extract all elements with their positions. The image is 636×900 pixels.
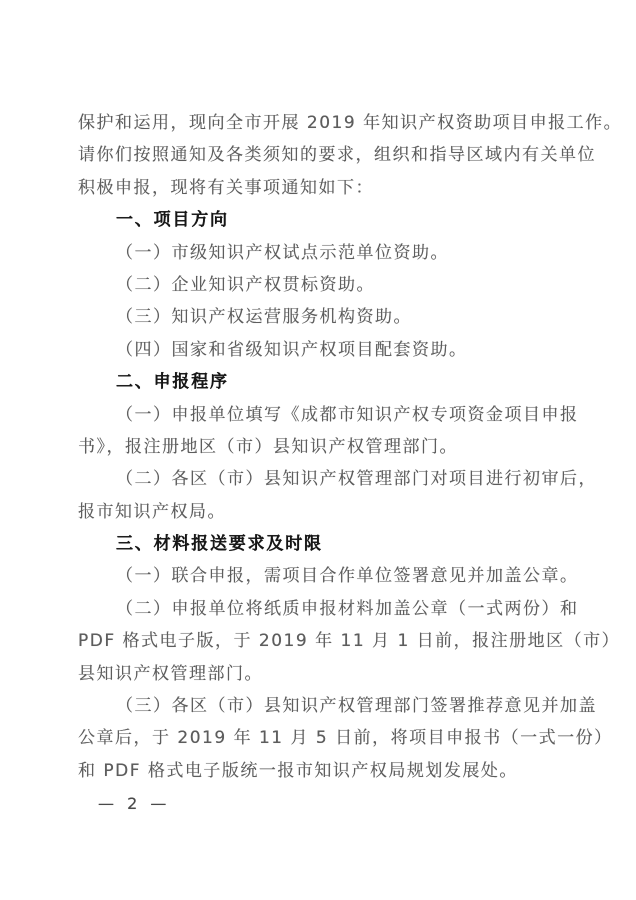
text-line: （三）知识产权运营服务机构资助。 xyxy=(78,301,564,333)
section-heading: 二、申报程序 xyxy=(78,366,564,398)
document-page: 保护和运用，现向全市开展 2019 年知识产权资助项目申报工作。请你们按照通知及… xyxy=(0,0,636,900)
text-line: （二）申报单位将纸质申报材料加盖公章（一式两份）和 xyxy=(78,593,564,625)
text-line: 县知识产权管理部门。 xyxy=(78,658,564,690)
document-body: 保护和运用，现向全市开展 2019 年知识产权资助项目申报工作。请你们按照通知及… xyxy=(78,107,564,787)
text-line: 公章后，于 2019 年 11 月 5 日前，将项目申报书（一式一份） xyxy=(78,722,564,754)
text-line: 保护和运用，现向全市开展 2019 年知识产权资助项目申报工作。 xyxy=(78,107,564,139)
text-line: （二）企业知识产权贯标资助。 xyxy=(78,269,564,301)
text-line: （一）联合申报，需项目合作单位签署意见并加盖公章。 xyxy=(78,560,564,592)
text-line: 书》，报注册地区（市）县知识产权管理部门。 xyxy=(78,431,564,463)
text-line: （一）市级知识产权试点示范单位资助。 xyxy=(78,237,564,269)
text-line: PDF 格式电子版，于 2019 年 11 月 1 日前，报注册地区（市） xyxy=(78,625,564,657)
text-line: 积极申报，现将有关事项通知如下： xyxy=(78,172,564,204)
section-heading: 三、材料报送要求及时限 xyxy=(78,528,564,560)
text-line: （二）各区（市）县知识产权管理部门对项目进行初审后， xyxy=(78,463,564,495)
text-line: 和 PDF 格式电子版统一报市知识产权局规划发展处。 xyxy=(78,755,564,787)
page-number: — 2 — xyxy=(98,792,170,816)
text-line: （三）各区（市）县知识产权管理部门签署推荐意见并加盖 xyxy=(78,690,564,722)
section-heading: 一、项目方向 xyxy=(78,204,564,236)
text-line: 报市知识产权局。 xyxy=(78,496,564,528)
text-line: （一）申报单位填写《成都市知识产权专项资金项目申报 xyxy=(78,399,564,431)
text-line: （四）国家和省级知识产权项目配套资助。 xyxy=(78,334,564,366)
text-line: 请你们按照通知及各类须知的要求，组织和指导区域内有关单位 xyxy=(78,139,564,171)
